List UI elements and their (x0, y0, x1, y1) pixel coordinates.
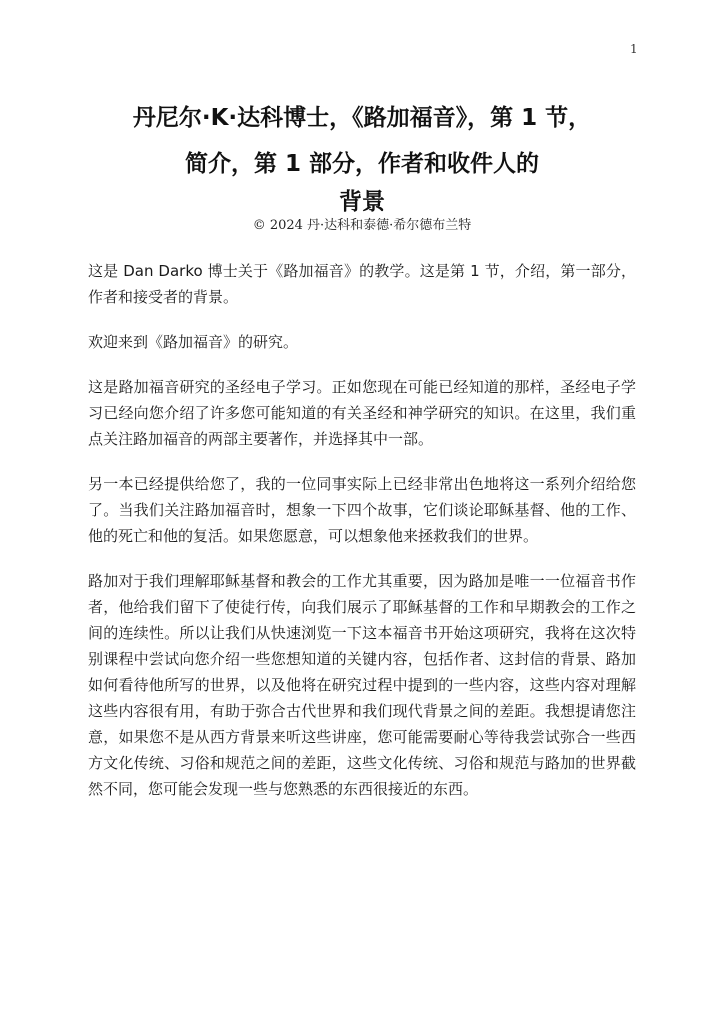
page-number: 1 (630, 42, 638, 56)
paragraph: 这是 Dan Darko 博士关于《路加福音》的教学。这是第 1 节，介绍，第一… (88, 258, 636, 310)
paragraph: 另一本已经提供给您了，我的一位同事实际上已经非常出色地将这一系列介绍给您了。当我… (88, 471, 636, 549)
title-line-2: 简介，第 1 部分，作者和收件人的 (185, 151, 539, 177)
title-line-3: 背景 (60, 187, 664, 217)
document-title: 丹尼尔·K·达科博士，《路加福音》，第 1 节， 简介，第 1 部分，作者和收件… (60, 95, 664, 217)
paragraph: 这是路加福音研究的圣经电子学习。正如您现在可能已经知道的那样，圣经电子学习已经向… (88, 374, 636, 452)
copyright-line: © 2024 丹·达科和泰德·希尔德布兰特 (60, 214, 664, 233)
title-line-1: 丹尼尔·K·达科博士，《路加福音》，第 1 节， (133, 105, 591, 131)
document-body: 这是 Dan Darko 博士关于《路加福音》的教学。这是第 1 节，介绍，第一… (88, 258, 636, 821)
paragraph: 路加对于我们理解耶稣基督和教会的工作尤其重要，因为路加是唯一一位福音书作者，他给… (88, 568, 636, 802)
paragraph: 欢迎来到《路加福音》的研究。 (88, 329, 636, 355)
